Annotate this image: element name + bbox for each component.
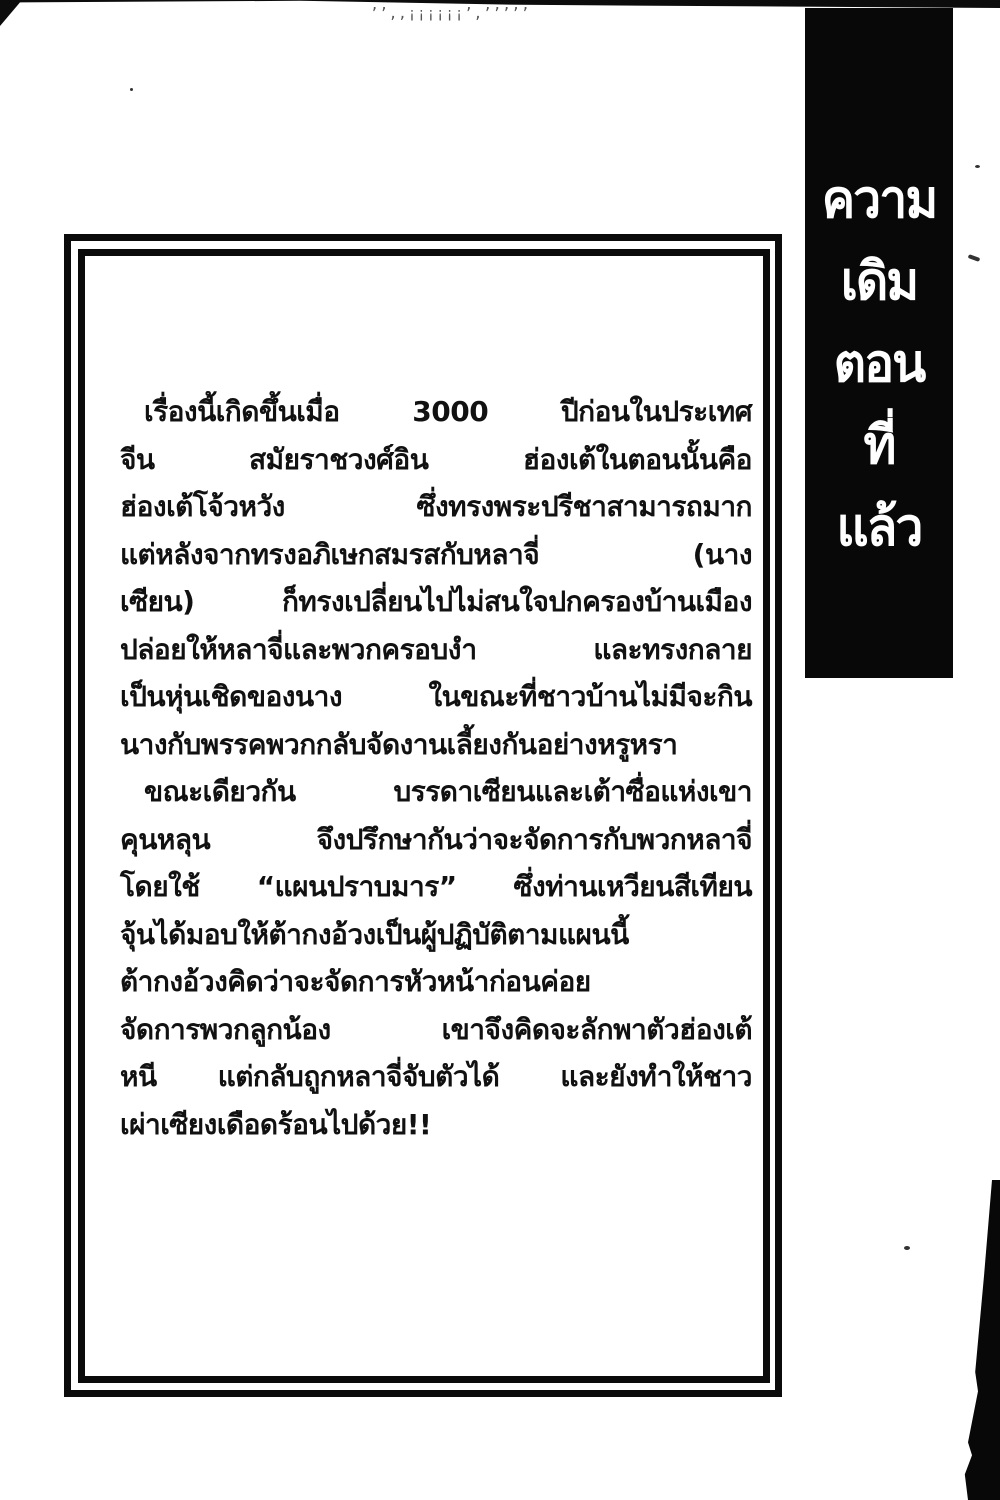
story-line: ปล่อยให้หลาจี่และพวกครอบงำ และทรงกลาย bbox=[120, 626, 752, 674]
story-line: คุนหลุน จึงปรึกษากันว่าจะจัดการกับพวกหลา… bbox=[120, 816, 752, 864]
story-line: เป็นหุ่นเชิดของนาง ในขณะที่ชาวบ้านไม่มีจ… bbox=[120, 673, 752, 721]
tab-word: ความ bbox=[822, 156, 937, 242]
scan-speck bbox=[968, 254, 981, 262]
scan-corner-shadow bbox=[0, 0, 22, 26]
story-line: หนี แต่กลับถูกหลาจี่จับตัวได้ และยังทำให… bbox=[120, 1053, 752, 1101]
scan-noise-marks: ’’‚‚¡¡¡¡¡¡’‚’’’’’ bbox=[370, 6, 530, 22]
story-line: นางกับพรรคพวกกลับจัดงานเลี้ยงกันอย่างหรู… bbox=[120, 721, 752, 769]
story-line: เซียน) ก็ทรงเปลี่ยนไปไม่สนใจปกครองบ้านเม… bbox=[120, 578, 752, 626]
story-line: ต้ากงอ้วงคิดว่าจะจัดการหัวหน้าก่อนค่อย bbox=[120, 958, 752, 1006]
story-line: เรื่องนี้เกิดขึ้นเมื่อ 3000 ปีก่อนในประเ… bbox=[120, 388, 752, 436]
story-line: เผ่าเซียงเดือดร้อนไปด้วย!! bbox=[120, 1101, 752, 1149]
story-line: จุ้นได้มอบให้ต้ากงอ้วงเป็นผู้ปฏิบัติตามแ… bbox=[120, 911, 752, 959]
scan-speck bbox=[904, 1246, 910, 1250]
story-synopsis: เรื่องนี้เกิดขึ้นเมื่อ 3000 ปีก่อนในประเ… bbox=[120, 388, 752, 1148]
previous-episode-tab: ความ เดิม ตอน ที่ แล้ว bbox=[805, 8, 953, 678]
scan-speck bbox=[975, 165, 980, 168]
tab-word: ที่ bbox=[864, 402, 895, 488]
story-line: โดยใช้ “แผนปราบมาร” ซึ่งท่านเหวียนสีเทีย… bbox=[120, 863, 752, 911]
story-line: จัดการพวกลูกน้อง เขาจึงคิดจะลักพาตัวฮ่อง… bbox=[120, 1006, 752, 1054]
story-line: แต่หลังจากทรงอภิเษกสมรสกับหลาจี่ (นาง bbox=[120, 531, 752, 579]
story-line: ขณะเดียวกัน บรรดาเซียนและเต้าซื่อแห่งเขา bbox=[120, 768, 752, 816]
story-line: จีน สมัยราชวงศ์อิน ฮ่องเต้ในตอนนั้นคือ bbox=[120, 436, 752, 484]
tab-word: เดิม bbox=[841, 238, 918, 324]
scan-speck bbox=[130, 88, 133, 91]
torn-page-edge bbox=[960, 1180, 1000, 1500]
tab-word: แล้ว bbox=[837, 484, 922, 570]
tab-word: ตอน bbox=[834, 320, 925, 406]
story-line: ฮ่องเต้โจ้วหวัง ซึ่งทรงพระปรีชาสามารถมาก bbox=[120, 483, 752, 531]
